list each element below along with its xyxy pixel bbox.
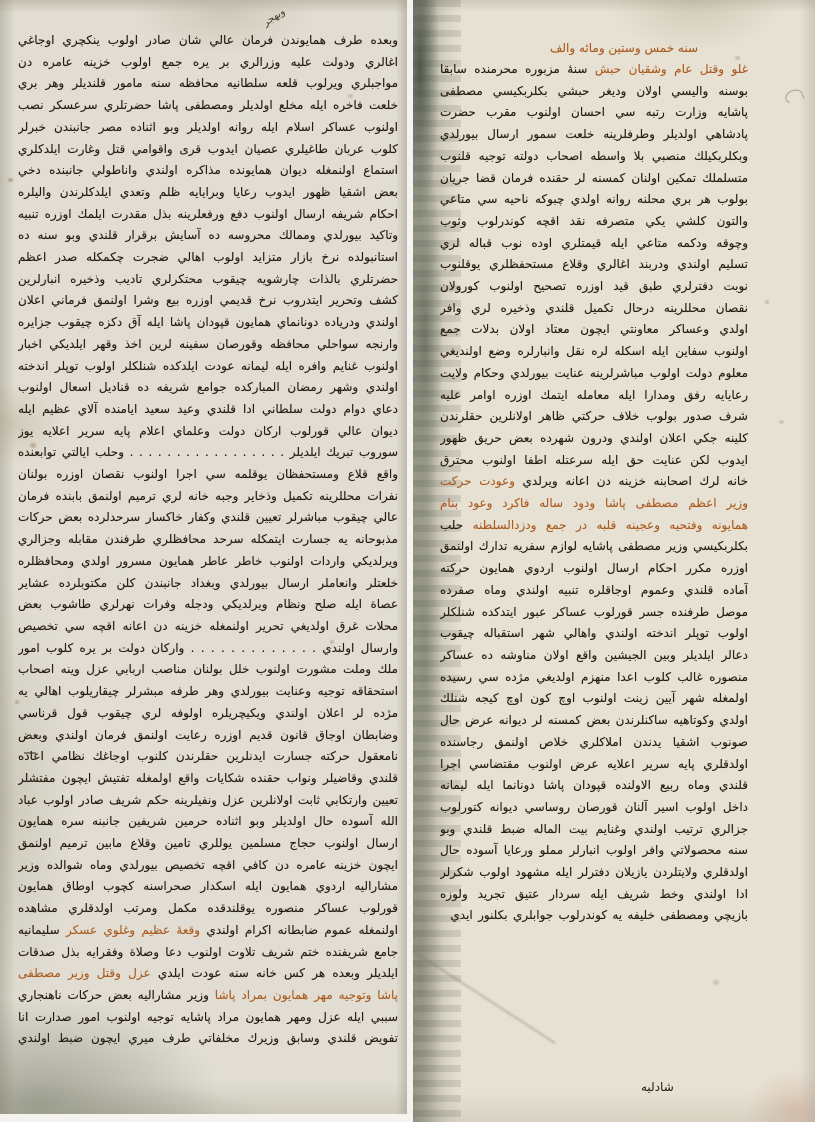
fox-spot-stain — [735, 56, 740, 60]
fox-spot-stain — [30, 443, 36, 448]
rubric-text: وعجينه قلبه در جمع ودزدالسلطنه — [463, 518, 660, 532]
manuscript-scan: { "document": { "description": "Two-page… — [0, 0, 815, 1122]
catchword: شادليه — [641, 1080, 674, 1094]
left-page-text: وبعده طرف همايوندن فرمان عالي شان صادر ا… — [18, 30, 398, 1051]
fox-spot-stain — [779, 420, 784, 424]
margin-squiggle-mark — [783, 87, 805, 106]
body-text: . . . . . . . . . . . . . . . . . — [124, 445, 284, 459]
margin-dash-mark — [24, 752, 36, 754]
rubric-heading: سنه خمس وستين ومائه والف — [440, 37, 748, 59]
body-text: . . . . . . . . . . . . . — [184, 641, 316, 655]
fox-spot-stain — [15, 700, 19, 704]
right-page: سنه خمس وستين ومائه والف غلو وقتل عام وش… — [413, 0, 815, 1122]
corner-annotation: وبهجر — [261, 6, 287, 28]
right-page-text: غلو وقتل عام وشقيان حبش سنهٔ مزبوره محرم… — [440, 59, 748, 927]
rubric-text: وقعهٔ عظيم وغلوي عسكر — [60, 923, 200, 937]
left-page: وبهجر وبعده طرف همايوندن فرمان عالي شان … — [0, 0, 407, 1114]
fox-spot-stain — [348, 94, 353, 98]
right-page-text-block: سنه خمس وستين ومائه والف غلو وقتل عام وش… — [440, 37, 748, 1061]
fox-spot-stain — [8, 178, 13, 182]
rubric-text: غلو وقتل عام وشقيان حبش — [587, 62, 748, 76]
fox-spot-stain — [330, 640, 334, 644]
fox-spot-stain — [765, 300, 769, 304]
body-text: وماه ربيع الاولنده قپودان پاشا دونانما ا… — [440, 778, 748, 835]
fox-spot-stain — [713, 980, 719, 985]
